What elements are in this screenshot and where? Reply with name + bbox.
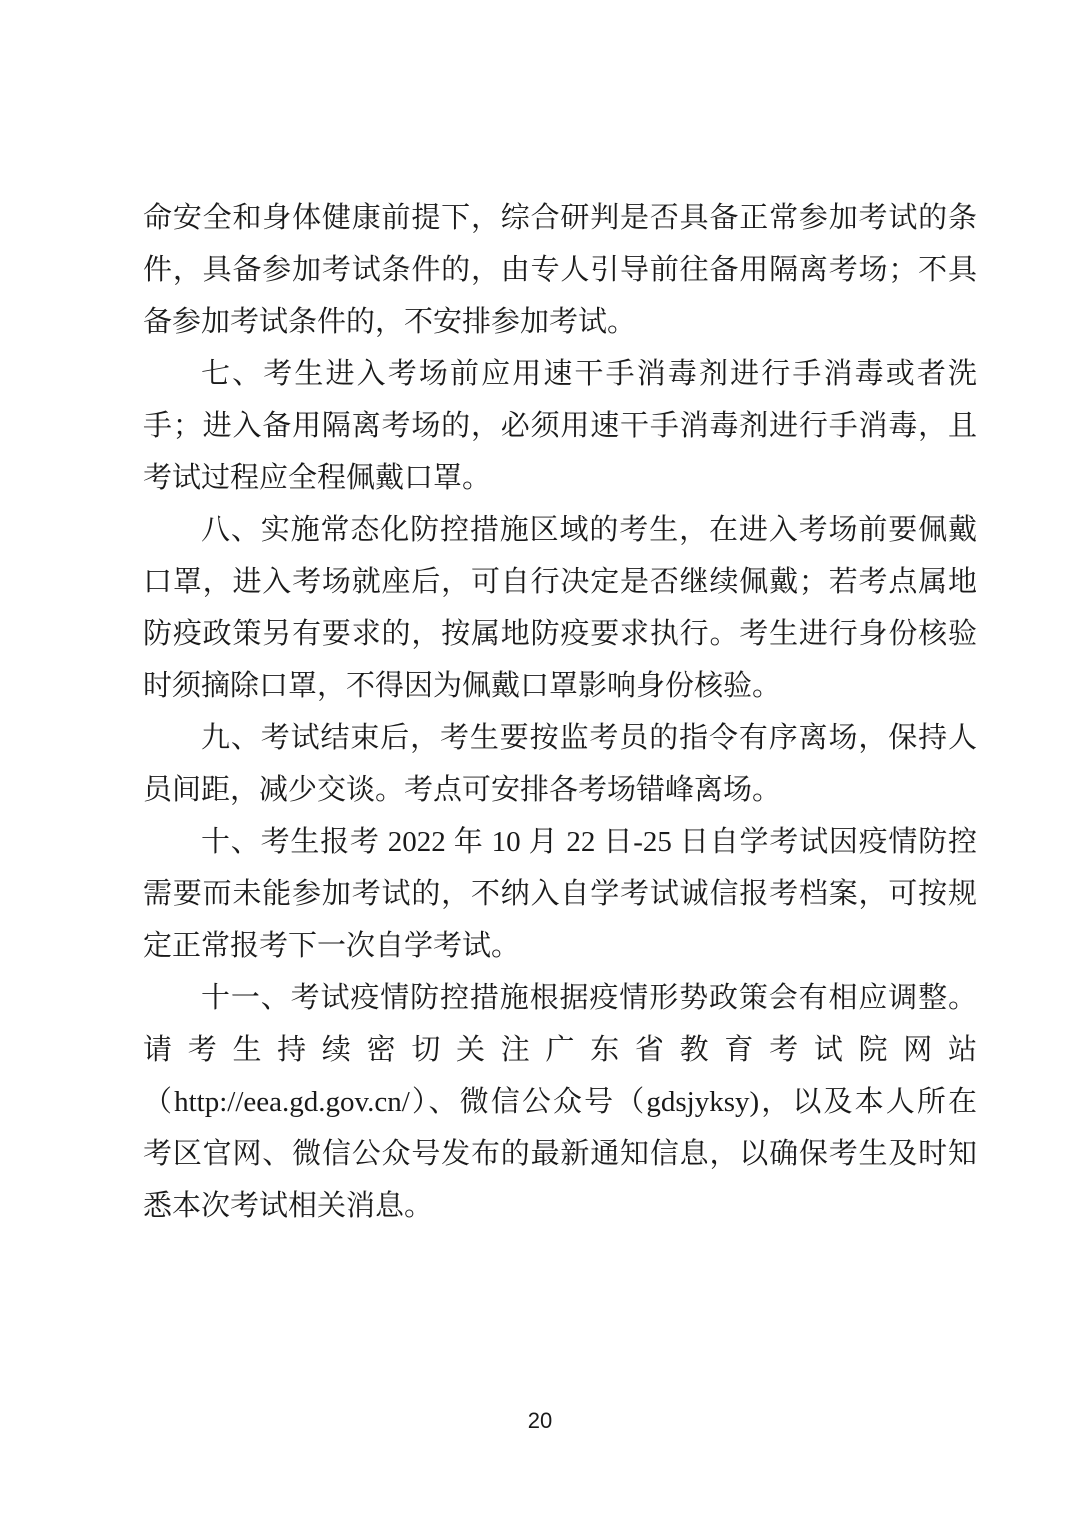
text-line: 八、实施常态化防控措施区域的考生，在进入考场前要佩戴 (143, 504, 977, 556)
text-line: 防疫政策另有要求的，按属地防疫要求执行。考生进行身份核验 (143, 608, 977, 660)
text-line: 件，具备参加考试条件的，由专人引导前往备用隔离考场；不具 (143, 244, 977, 296)
text-line: 九、考试结束后，考生要按监考员的指令有序离场，保持人 (143, 712, 977, 764)
page-number: 20 (0, 1408, 1080, 1434)
text-line: 手；进入备用隔离考场的，必须用速干手消毒剂进行手消毒，且 (143, 400, 977, 452)
text-line: 员间距，减少交谈。考点可安排各考场错峰离场。 (143, 764, 977, 816)
document-text-block: 命安全和身体健康前提下，综合研判是否具备正常参加考试的条件，具备参加考试条件的，… (143, 192, 977, 1232)
text-line: 命安全和身体健康前提下，综合研判是否具备正常参加考试的条 (143, 192, 977, 244)
text-line: 请考生持续密切关注广东省教育考试院网站 (143, 1024, 977, 1076)
text-line: 考试过程应全程佩戴口罩。 (143, 452, 977, 504)
text-line: 定正常报考下一次自学考试。 (143, 920, 977, 972)
text-line: 时须摘除口罩，不得因为佩戴口罩影响身份核验。 (143, 660, 977, 712)
text-line: 需要而未能参加考试的，不纳入自学考试诚信报考档案，可按规 (143, 868, 977, 920)
text-line: 七、考生进入考场前应用速干手消毒剂进行手消毒或者洗 (143, 348, 977, 400)
text-line: 考区官网、微信公众号发布的最新通知信息，以确保考生及时知 (143, 1128, 977, 1180)
document-page: 命安全和身体健康前提下，综合研判是否具备正常参加考试的条件，具备参加考试条件的，… (0, 0, 1080, 1528)
text-line: 备参加考试条件的，不安排参加考试。 (143, 296, 977, 348)
text-line: 悉本次考试相关消息。 (143, 1180, 977, 1232)
text-line: 口罩，进入考场就座后，可自行决定是否继续佩戴；若考点属地 (143, 556, 977, 608)
text-line: （http://eea.gd.gov.cn/）、微信公众号（gdsjyksy)，… (143, 1076, 977, 1128)
text-line: 十一、考试疫情防控措施根据疫情形势政策会有相应调整。 (143, 972, 977, 1024)
text-line: 十、考生报考 2022 年 10 月 22 日-25 日自学考试因疫情防控 (143, 816, 977, 868)
